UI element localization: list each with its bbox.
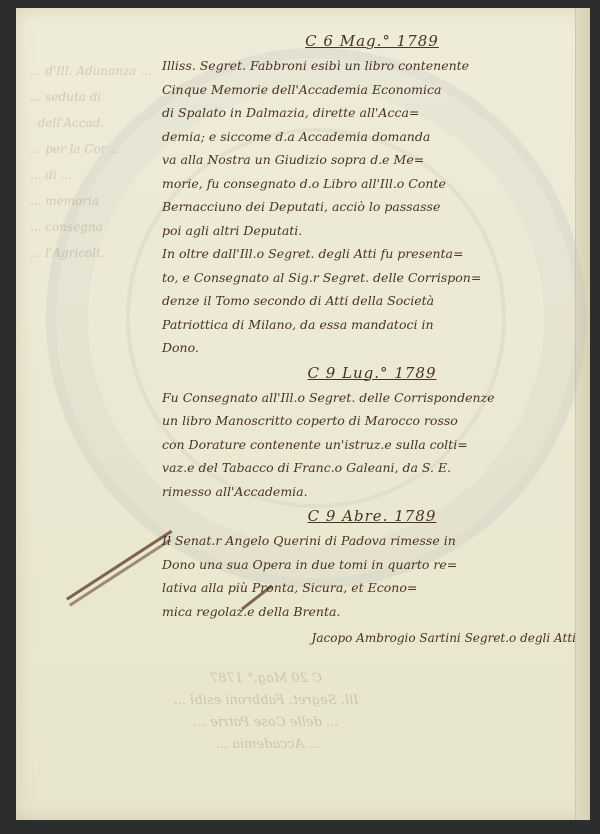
text-line: Dono.	[162, 336, 582, 360]
text-line: Illiss. Segret. Fabbroni esibì un libro …	[162, 54, 582, 78]
text-line: mica regolaz.e della Brenta.	[162, 600, 582, 624]
text-line: Patriottica di Milano, da essa mandatoci…	[162, 313, 582, 337]
entry-2: C 9 Lug.° 1789 Fu Consegnato all'Ill.o S…	[162, 360, 582, 504]
margin-pen-stroke	[66, 530, 172, 601]
text-line: va alla Nostra un Giudizio sopra d.e Me=	[162, 148, 582, 172]
text-line: di Spalato in Dalmazia, dirette all'Acca…	[162, 101, 582, 125]
text-line: un libro Manoscritto coperto di Marocco …	[162, 409, 582, 433]
entry-3: C 9 Abre. 1789 Il Senat.r Angelo Querini…	[162, 503, 582, 623]
text-line: poi agli altri Deputati.	[162, 219, 582, 243]
manuscript-entries: C 6 Mag.° 1789 Illiss. Segret. Fabbroni …	[162, 28, 582, 661]
bleed-through-bottom-text: C 20 Mag.° 1787 Ill. Segret. Fabbroni es…	[174, 671, 359, 752]
manuscript-page: ... d'Ill. Adunanza ... ... seduta di de…	[16, 8, 590, 820]
text-line: Dono una sua Opera in due tomi in quarto…	[162, 553, 582, 577]
text-line: demia; e siccome d.a Accademia domanda	[162, 125, 582, 149]
bleed-through-text-left: ... d'Ill. Adunanza ... ... seduta di de…	[30, 58, 170, 266]
text-line: Cinque Memorie dell'Accademia Economica	[162, 78, 582, 102]
entry-1: C 6 Mag.° 1789 Illiss. Segret. Fabbroni …	[162, 28, 582, 360]
text-line: In oltre dall'Ill.o Segret. degli Atti f…	[162, 242, 582, 266]
entry-date: C 9 Lug.° 1789	[162, 360, 582, 386]
margin-pen-stroke	[69, 539, 171, 607]
text-line: denze il Tomo secondo di Atti della Soci…	[162, 289, 582, 313]
text-line: lativa alla più Pronta, Sicura, et Econo…	[162, 576, 582, 600]
entry-date: C 6 Mag.° 1789	[162, 28, 582, 54]
text-line: morie, fu consegnato d.o Libro all'Ill.o…	[162, 172, 582, 196]
text-line: con Dorature contenente un'istruz.e sull…	[162, 433, 582, 457]
secretary-signature: Jacopo Ambrogio Sartini Segret.o degli A…	[162, 627, 582, 649]
text-line: Il Senat.r Angelo Querini di Padova rime…	[162, 529, 582, 553]
text-line: Fu Consegnato all'Ill.o Segret. delle Co…	[162, 386, 582, 410]
bleed-through-text-bottom: C 20 Mag.° 1787 Ill. Segret. Fabbroni es…	[56, 668, 476, 756]
text-line: rimesso all'Accademia.	[162, 480, 582, 504]
entry-date: C 9 Abre. 1789	[162, 503, 582, 529]
text-line: vaz.e del Tabacco di Franc.o Galeani, da…	[162, 456, 582, 480]
text-line: to, e Consegnato al Sig.r Segret. delle …	[162, 266, 582, 290]
text-line: Bernacciuno dei Deputati, acciò lo passa…	[162, 195, 582, 219]
